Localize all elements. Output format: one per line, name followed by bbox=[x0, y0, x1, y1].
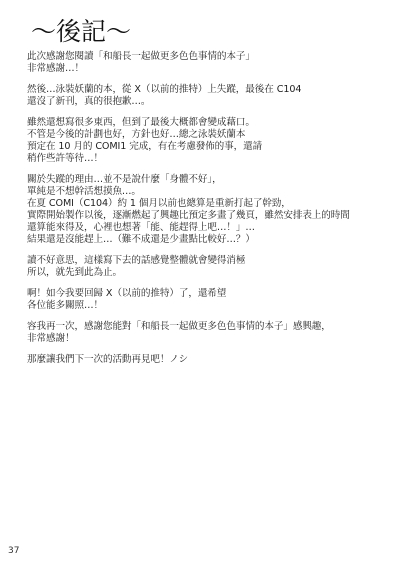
text-line: 然後…泳裝妖蘭的本，從 X（以前的推特）上失蹤，最後在 C104 bbox=[27, 84, 387, 96]
paragraph-plans: 雖然還想寫很多東西，但到了最後大概都會變成藉口。 不管是今後的計劃也好，方針也好… bbox=[27, 117, 387, 165]
paragraph-reason: 關於失蹤的理由…並不是說什麼「身體不好」， 單純是不想幹活想摸魚…。 在夏 CO… bbox=[27, 174, 387, 246]
text-line: 啊！如今我要回歸 X（以前的推特）了，還希望 bbox=[27, 288, 387, 300]
text-line: 在夏 COMI（C104）約 1 個月以前也總算是重新打起了幹勁， bbox=[27, 198, 387, 210]
text-line: 各位能多關照…！ bbox=[27, 300, 387, 312]
text-line: 結果還是沒能趕上…（難不成還是少畫點比較好…？） bbox=[27, 234, 387, 246]
paragraph-return: 啊！如今我要回歸 X（以前的推特）了，還希望 各位能多關照…！ bbox=[27, 288, 387, 312]
text-line: 稍作些許等待…！ bbox=[27, 153, 387, 165]
page-number: 37 bbox=[8, 546, 19, 556]
text-line: 不管是今後的計劃也好，方針也好…總之泳裝妖蘭本 bbox=[27, 129, 387, 141]
text-line: 關於失蹤的理由…並不是說什麼「身體不好」， bbox=[27, 174, 387, 186]
text-line: 非常感謝…！ bbox=[27, 63, 387, 75]
paragraph-farewell: 那麼讓我們下一次的活動再見吧！ノシ bbox=[27, 354, 387, 366]
text-line: 非常感謝！ bbox=[27, 333, 387, 345]
text-line: 此次感謝您閱讀「和船長一起做更多色色事情的本子」 bbox=[27, 51, 387, 63]
text-line: 單純是不想幹活想摸魚…。 bbox=[27, 186, 387, 198]
paragraph-thanks: 此次感謝您閱讀「和船長一起做更多色色事情的本子」 非常感謝…！ bbox=[27, 51, 387, 75]
text-line: 所以，就先到此為止。 bbox=[27, 267, 387, 279]
text-line: 容我再一次，感謝您能對「和船長一起做更多色色事情的本子」感興趣， bbox=[27, 321, 387, 333]
text-line: 雖然還想寫很多東西，但到了最後大概都會變成藉口。 bbox=[27, 117, 387, 129]
text-line: 預定在 10 月的 COMI1 完成，有在考慮發佈的事，還請 bbox=[27, 141, 387, 153]
text-line: 還沒了新刊，真的很抱歉…。 bbox=[27, 96, 387, 108]
text-line: 讀不好意思，這樣寫下去的話感覺整體就會變得消極 bbox=[27, 255, 387, 267]
text-line: 那麼讓我們下一次的活動再見吧！ノシ bbox=[27, 354, 387, 366]
text-line: 實際開始製作以後，逐漸燃起了興趣比預定多畫了幾頁，雖然安排表上的時間 bbox=[27, 210, 387, 222]
paragraph-final-thanks: 容我再一次，感謝您能對「和船長一起做更多色色事情的本子」感興趣， 非常感謝！ bbox=[27, 321, 387, 345]
page-title: ～後記～ bbox=[31, 18, 131, 46]
paragraph-stop: 讀不好意思，這樣寫下去的話感覺整體就會變得消極 所以，就先到此為止。 bbox=[27, 255, 387, 279]
paragraph-apology: 然後…泳裝妖蘭的本，從 X（以前的推特）上失蹤，最後在 C104 還沒了新刊，真… bbox=[27, 84, 387, 108]
text-line: 還算能來得及，心裡也想著「能、能趕得上吧…！」… bbox=[27, 222, 387, 234]
afterword-body: 此次感謝您閱讀「和船長一起做更多色色事情的本子」 非常感謝…！ 然後…泳裝妖蘭的… bbox=[27, 51, 387, 375]
